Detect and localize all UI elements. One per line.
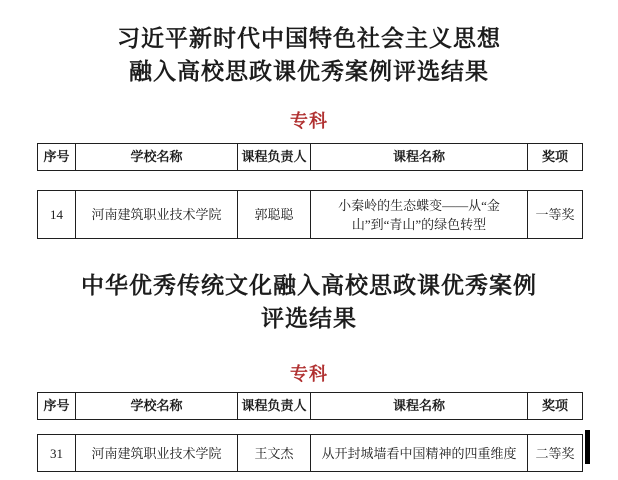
section2-title-line1: 中华优秀传统文化融入高校思政课优秀案例 bbox=[0, 269, 618, 302]
section2-title: 中华优秀传统文化融入高校思政课优秀案例 评选结果 bbox=[0, 269, 618, 335]
cell-no: 14 bbox=[38, 191, 76, 239]
header-leader: 课程负责人 bbox=[238, 393, 311, 420]
header-school: 学校名称 bbox=[76, 393, 238, 420]
section1-title: 习近平新时代中国特色社会主义思想 融入高校思政课优秀案例评选结果 bbox=[0, 22, 618, 88]
section1-title-line2: 融入高校思政课优秀案例评选结果 bbox=[0, 55, 618, 88]
header-no: 序号 bbox=[38, 144, 76, 171]
section2-table-header: 序号 学校名称 课程负责人 课程名称 奖项 bbox=[37, 392, 583, 420]
header-course: 课程名称 bbox=[311, 144, 528, 171]
section1-table-data: 14 河南建筑职业技术学院 郭聪聪 小秦岭的生态蝶变——从“金山”到“青山”的绿… bbox=[37, 190, 583, 239]
table-row: 31 河南建筑职业技术学院 王文杰 从开封城墙看中国精神的四重维度 二等奖 bbox=[38, 435, 583, 472]
section1-title-line1: 习近平新时代中国特色社会主义思想 bbox=[0, 22, 618, 55]
cell-course: 小秦岭的生态蝶变——从“金山”到“青山”的绿色转型 bbox=[311, 191, 528, 239]
document-page: 习近平新时代中国特色社会主义思想 融入高校思政课优秀案例评选结果 专科 序号 学… bbox=[0, 0, 618, 480]
cell-leader: 王文杰 bbox=[238, 435, 311, 472]
cell-school: 河南建筑职业技术学院 bbox=[76, 435, 238, 472]
section2-title-line2: 评选结果 bbox=[0, 302, 618, 335]
cell-leader: 郭聪聪 bbox=[238, 191, 311, 239]
section1-header-row: 序号 学校名称 课程负责人 课程名称 奖项 bbox=[38, 144, 583, 171]
cell-course: 从开封城墙看中国精神的四重维度 bbox=[311, 435, 528, 472]
section2-header-row: 序号 学校名称 课程负责人 课程名称 奖项 bbox=[38, 393, 583, 420]
header-award: 奖项 bbox=[528, 144, 583, 171]
cell-award: 一等奖 bbox=[528, 191, 583, 239]
cell-award: 二等奖 bbox=[528, 435, 583, 472]
cell-no: 31 bbox=[38, 435, 76, 472]
cell-school: 河南建筑职业技术学院 bbox=[76, 191, 238, 239]
header-leader: 课程负责人 bbox=[238, 144, 311, 171]
section1-table-header: 序号 学校名称 课程负责人 课程名称 奖项 bbox=[37, 143, 583, 171]
header-award: 奖项 bbox=[528, 393, 583, 420]
table-row: 14 河南建筑职业技术学院 郭聪聪 小秦岭的生态蝶变——从“金山”到“青山”的绿… bbox=[38, 191, 583, 239]
section1-subtitle: 专科 bbox=[0, 110, 618, 132]
cursor-bar-marker bbox=[585, 430, 590, 464]
header-course: 课程名称 bbox=[311, 393, 528, 420]
section2-table-data: 31 河南建筑职业技术学院 王文杰 从开封城墙看中国精神的四重维度 二等奖 bbox=[37, 434, 583, 472]
header-no: 序号 bbox=[38, 393, 76, 420]
section2-subtitle: 专科 bbox=[0, 363, 618, 385]
header-school: 学校名称 bbox=[76, 144, 238, 171]
